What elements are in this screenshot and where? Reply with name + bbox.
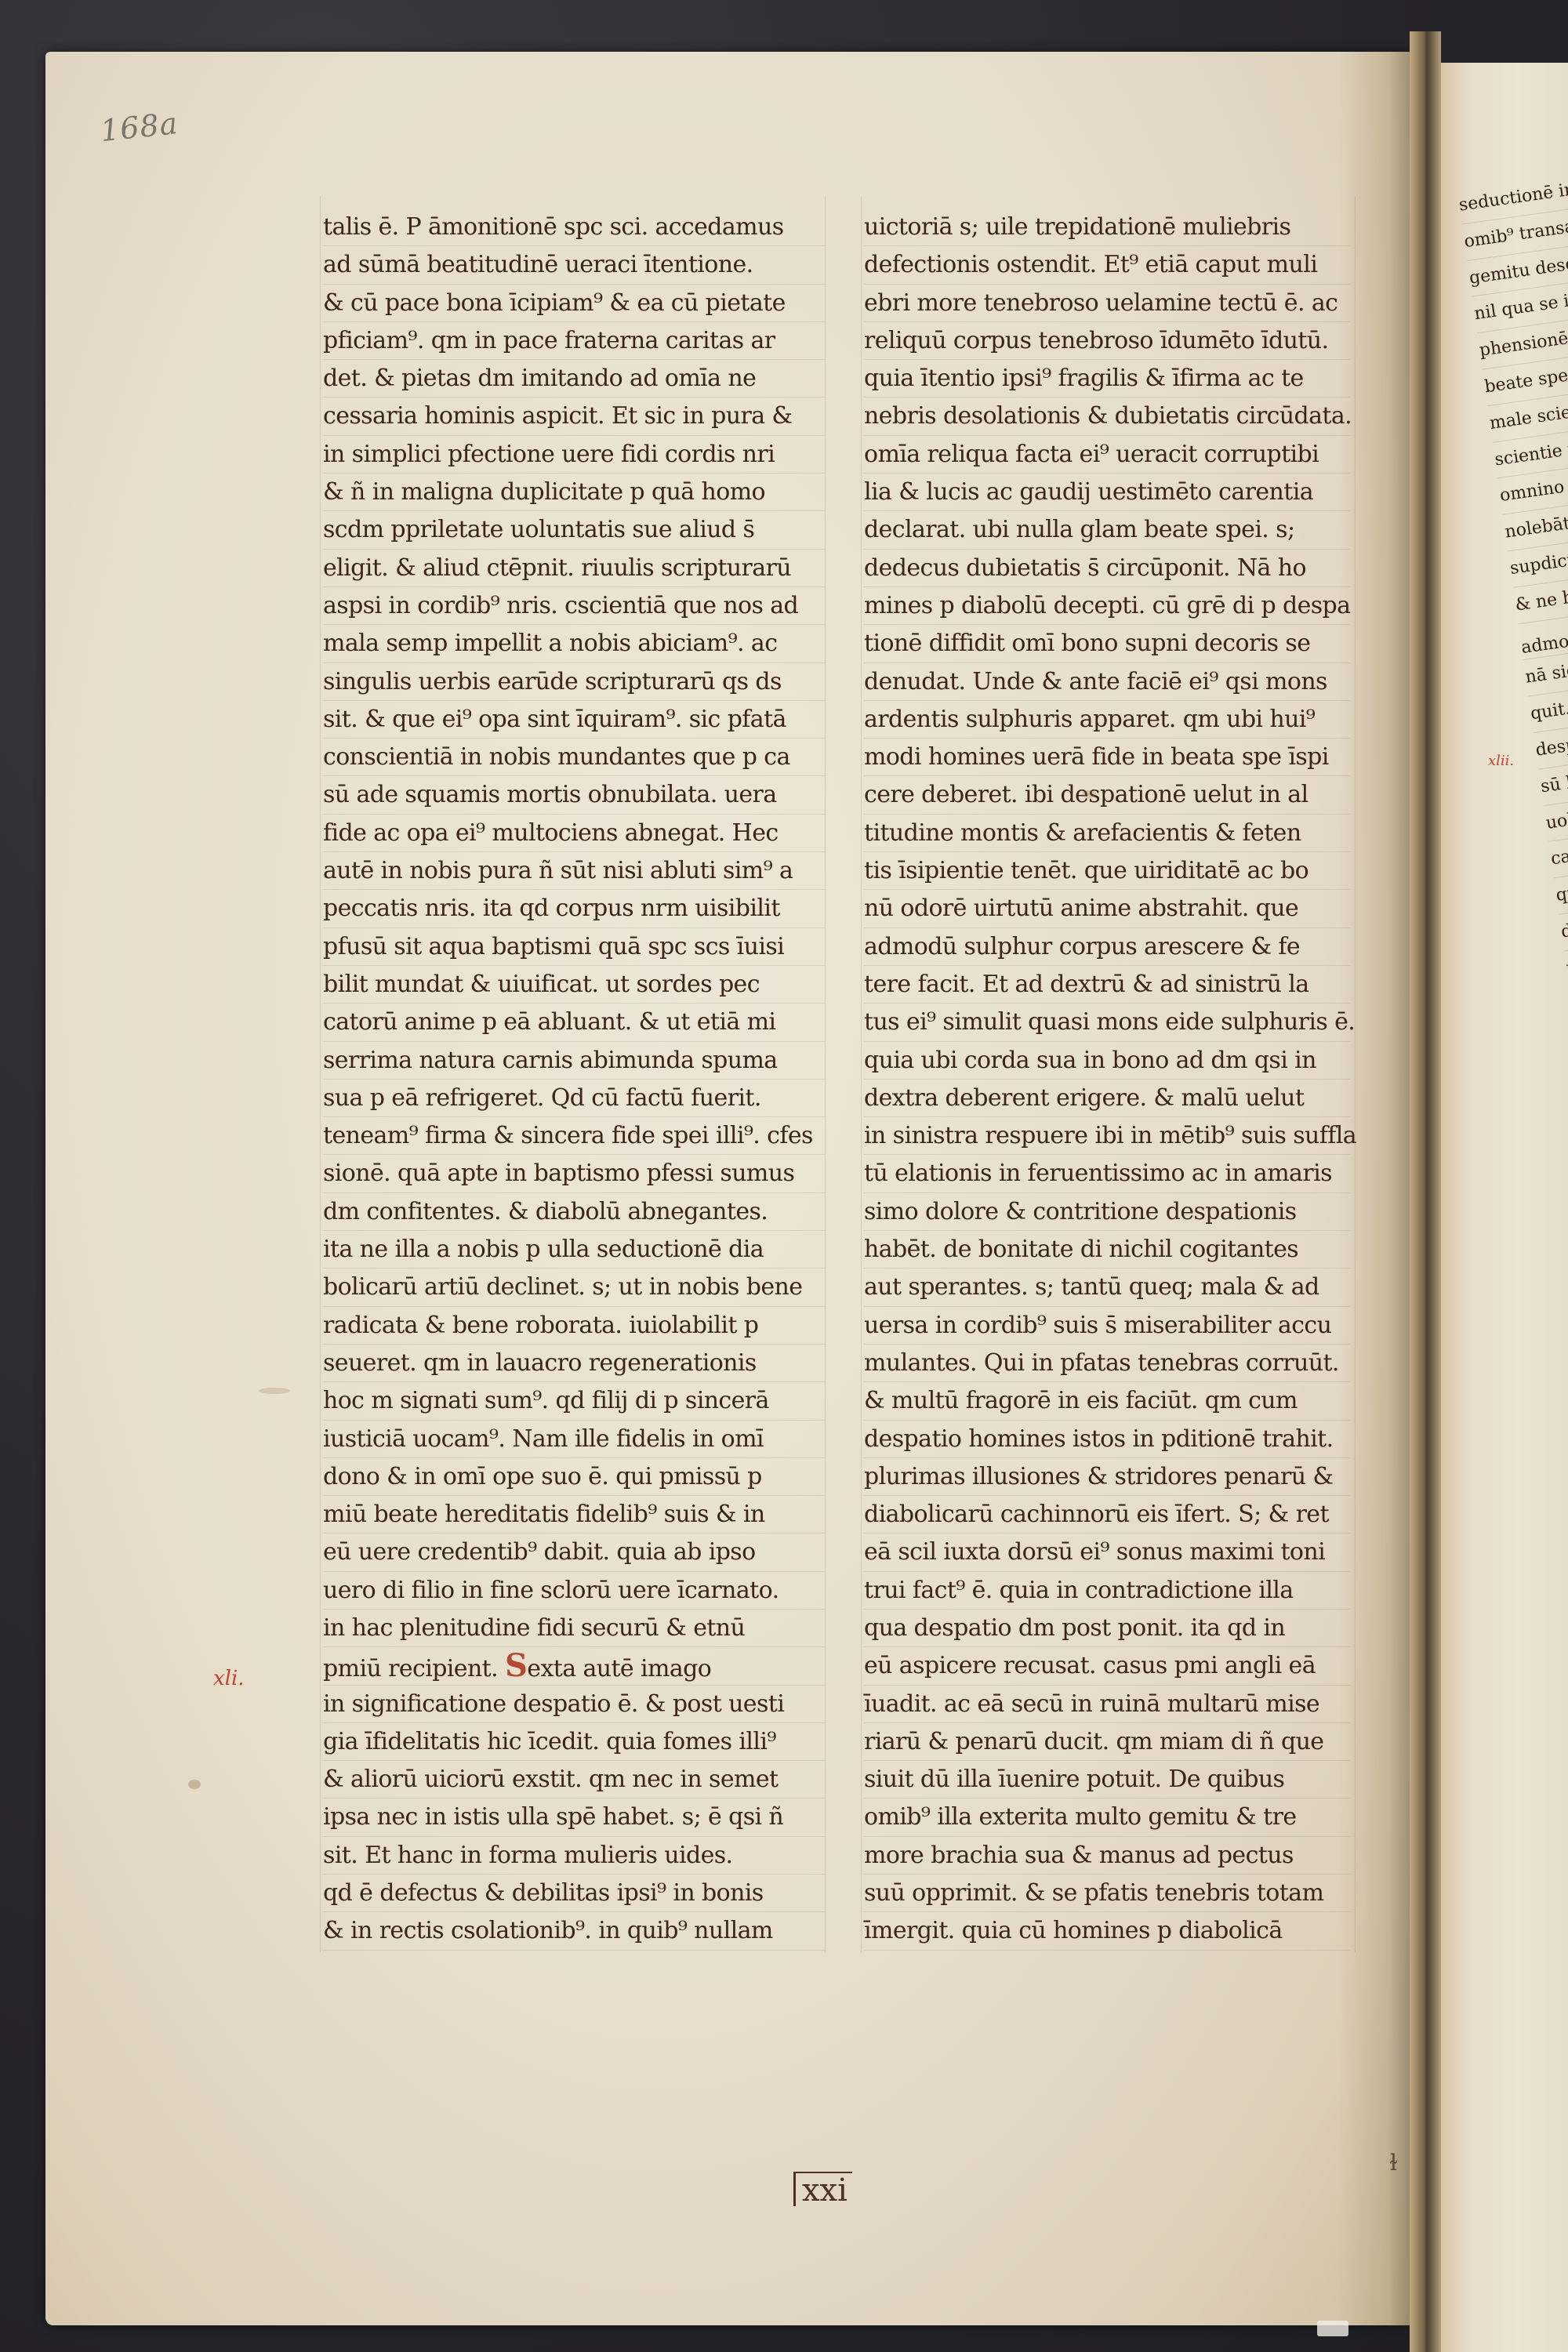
text-line: titudine montis & arefacientis & feten [864, 815, 1350, 852]
text-line: mulantes. Qui in pfatas tenebras corruūt… [864, 1345, 1350, 1382]
text-line: sit. Et hanc in forma mulieris uides. [323, 1837, 825, 1875]
text-line: tus ei⁹ simulit quasi mons eide sulphuri… [864, 1004, 1350, 1041]
text-line: lia & lucis ac gaudij uestimēto carentia [864, 474, 1350, 511]
text-line: bilit mundat & uiuificat. ut sordes pec [323, 966, 825, 1004]
text-line: habēt. de bonitate di nichil cogitantes [864, 1231, 1350, 1269]
text-line: defectionis ostendit. Et⁹ etiā caput mul… [864, 246, 1350, 284]
text-line: nū odorē uirtutū anime abstrahit. que [864, 890, 1350, 927]
text-line: tere facit. Et ad dextrū & ad sinistrū l… [864, 966, 1350, 1004]
text-line: sū ade squamis mortis obnubilata. uera [323, 776, 825, 814]
quire-signature: xxi [793, 2172, 852, 2206]
text-line: sit. & que ei⁹ opa sint īquiram⁹. sic pf… [323, 701, 825, 739]
ruling-line [861, 196, 862, 1952]
text-line: & multū fragorē in eis faciūt. qm cum [864, 1382, 1350, 1420]
text-line: fide ac opa ei⁹ multociens abnegat. Hec [323, 815, 825, 852]
margin-rubric-recto: xlii. [1488, 753, 1514, 769]
text-line: iusticiā uocam⁹. Nam ille fidelis in omī [323, 1421, 825, 1458]
text-line: siuit dū illa īuenire potuit. De quibus [864, 1761, 1350, 1798]
text-line: teneam⁹ firma & sincera fide spei illi⁹.… [323, 1117, 825, 1155]
ruling-line [825, 196, 826, 1952]
text-column-right: uictoriā s; uile trepidationē muliebrisd… [864, 209, 1350, 1951]
text-line: īuadit. ac eā secū in ruinā multarū mise [864, 1686, 1350, 1723]
text-line: qd ē defectus & debilitas ipsi⁹ in bonis [323, 1875, 825, 1912]
text-line: peccatis nris. ita qd corpus nrm uisibil… [323, 890, 825, 927]
parchment-stain [259, 1388, 290, 1394]
binding-thread [1317, 2321, 1348, 2336]
text-line: in significatione despatio ē. & post ues… [323, 1686, 825, 1723]
text-line: tū elationis in feruentissimo ac in amar… [864, 1155, 1350, 1192]
text-line: admodū sulphur corpus arescere & fe [864, 928, 1350, 966]
text-line: in hac plenitudine fidi securū & etnū [323, 1610, 825, 1647]
text-line: uictoriā s; uile trepidationē muliebris [864, 209, 1350, 246]
text-line: gia īfidelitatis hic īcedit. quia fomes … [323, 1723, 825, 1761]
text-line: nebris desolationis & dubietatis circūda… [864, 397, 1350, 435]
text-line: trui fact⁹ ē. quia in contradictione ill… [864, 1572, 1350, 1610]
rubricated-initial: S [505, 1647, 527, 1684]
text-line: quia ubi corda sua in bono ad dm qsi in [864, 1042, 1350, 1080]
text-line: eū uere credentib⁹ dabit. quia ab ipso [323, 1534, 825, 1571]
text-line: sua p eā refrigeret. Qd cū factū fuerit. [323, 1080, 825, 1117]
parchment-stain [188, 1780, 201, 1789]
text-line: uero di filio in fine sclorū uere īcarna… [323, 1572, 825, 1610]
margin-rubric-chapter-number: xli. [213, 1667, 245, 1690]
text-line: eū aspicere recusat. casus pmi angli eā [864, 1647, 1350, 1685]
text-line: ad sūmā beatitudinē ueraci ītentione. [323, 246, 825, 284]
text-line: aspsi in cordib⁹ nris. cscientiā que nos… [323, 587, 825, 625]
text-line: more brachia sua & manus ad pectus [864, 1837, 1350, 1875]
text-line: ipsa nec in istis ulla spē habet. s; ē q… [323, 1798, 825, 1836]
text-line: cessaria hominis aspicit. Et sic in pura… [323, 397, 825, 435]
corner-mark: ɫ [1389, 2150, 1398, 2176]
text-line: talis ē. P āmonitionē spc sci. accedamus [323, 209, 825, 246]
text-line: scdm ppriletate uoluntatis sue aliud s̄ [323, 511, 825, 549]
text-line: conscientiā in nobis mundantes que p ca [323, 739, 825, 776]
text-line: uersa in cordib⁹ suis s̄ miserabiliter a… [864, 1307, 1350, 1345]
text-line: pficiam⁹. qm in pace fraterna caritas ar [323, 322, 825, 360]
text-line: dono & in omī ope suo ē. qui pmissū p [323, 1458, 825, 1496]
text-line: cere deberet. ibi despationē uelut in al [864, 776, 1350, 814]
text-line: & cū pace bona īcipiam⁹ & ea cū pietate [323, 285, 825, 322]
text-line: declarat. ubi nulla glam beate spei. s; [864, 511, 1350, 549]
text-line: īmergit. quia cū homines p diabolicā [864, 1912, 1350, 1950]
text-line: bolicarū artiū declinet. s; ut in nobis … [323, 1269, 825, 1306]
text-line: tis īsipientie tenēt. que uiriditatē ac … [864, 852, 1350, 890]
text-line: qua despatio dm post ponit. ita qd in [864, 1610, 1350, 1647]
text-line: omib⁹ illa exterita multo gemitu & tre [864, 1798, 1350, 1836]
text-column-recto-fragment: seductionē in despaomib⁹ transactis opig… [1457, 155, 1568, 1859]
text-line: omīa reliqua facta ei⁹ ueracit corruptib… [864, 436, 1350, 474]
book-gutter [1410, 31, 1441, 2352]
text-line: dedecus dubietatis s̄ circūponit. Nā ho [864, 550, 1350, 587]
text-line: suū opprimit. & se pfatis tenebris totam [864, 1875, 1350, 1912]
text-line: dm confitentes. & diabolū abnegantes. [323, 1193, 825, 1231]
ruling-line [320, 196, 321, 1952]
text-line: riarū & penarū ducit. qm miam di ñ que [864, 1723, 1350, 1761]
text-line: radicata & bene roborata. iuiolabilit p [323, 1307, 825, 1345]
text-line: reliquū corpus tenebroso īdumēto īdutū. [864, 322, 1350, 360]
text-line: simo dolore & contritione despationis [864, 1193, 1350, 1231]
text-line: in simplici pfectione uere fidi cordis n… [323, 436, 825, 474]
text-line: & in rectis csolationib⁹. in quib⁹ nulla… [323, 1912, 825, 1950]
text-column-left: talis ē. P āmonitionē spc sci. accedamus… [323, 209, 825, 1951]
text-line: ita ne illa a nobis p ulla seductionē di… [323, 1231, 825, 1269]
text-line: & aliorū uiciorū exstit. qm nec in semet [323, 1761, 825, 1798]
text-line: det. & pietas dm imitando ad omīa ne [323, 360, 825, 397]
text-line: hoc m signati sum⁹. qd filij di p sincer… [323, 1382, 825, 1420]
text-line: singulis uerbis earūde scripturarū qs ds [323, 663, 825, 701]
text-line: tionē diffidit omī bono supni decoris se [864, 625, 1350, 662]
text-line: mala semp impellit a nobis abiciam⁹. ac [323, 625, 825, 662]
text-line: despatio homines istos in pditionē trahi… [864, 1421, 1350, 1458]
parchment-stain [1082, 790, 1096, 798]
text-line: pmiū recipient. Sexta autē imago [323, 1647, 825, 1685]
text-line: & ñ in maligna duplicitate p quā homo [323, 474, 825, 511]
text-line: catorū anime p eā abluant. & ut etiā mi [323, 1004, 825, 1041]
text-line: miū beate hereditatis fidelib⁹ suis & in [323, 1496, 825, 1534]
text-line: denudat. Unde & ante faciē ei⁹ qsi mons [864, 663, 1350, 701]
text-line: sionē. quā apte in baptismo pfessi sumus [323, 1155, 825, 1192]
text-line: mines p diabolū decepti. cū grē di p des… [864, 587, 1350, 625]
text-line: seueret. qm in lauacro regenerationis [323, 1345, 825, 1382]
ruling-line [1355, 196, 1356, 1952]
text-line: plurimas illusiones & stridores penarū & [864, 1458, 1350, 1496]
text-line: pfusū sit aqua baptismi quā spc scs īuis… [323, 928, 825, 966]
text-line: modi homines uerā fide in beata spe īspi [864, 739, 1350, 776]
text-line: ardentis sulphuris apparet. qm ubi hui⁹ [864, 701, 1350, 739]
text-line: autē in nobis pura ñ sūt nisi abluti sim… [323, 852, 825, 890]
manuscript-page-recto-fragment: seductionē in despaomib⁹ transactis opig… [1441, 63, 1568, 2352]
text-line: eā scil iuxta dorsū ei⁹ sonus maximi ton… [864, 1534, 1350, 1571]
text-line: diabolicarū cachinnorū eis īfert. S; & r… [864, 1496, 1350, 1534]
text-line: aut sperantes. s; tantū queq; mala & ad [864, 1269, 1350, 1306]
text-line: quia ītentio ipsi⁹ fragilis & īfirma ac … [864, 360, 1350, 397]
text-line: dextra deberent erigere. & malū uelut [864, 1080, 1350, 1117]
text-line: ebri more tenebroso uelamine tectū ē. ac [864, 285, 1350, 322]
text-line: in sinistra respuere ibi in mētib⁹ suis … [864, 1117, 1350, 1155]
text-line: eligit. & aliud ctēpnit. riuulis scriptu… [323, 550, 825, 587]
text-line: serrima natura carnis abimunda spuma [323, 1042, 825, 1080]
